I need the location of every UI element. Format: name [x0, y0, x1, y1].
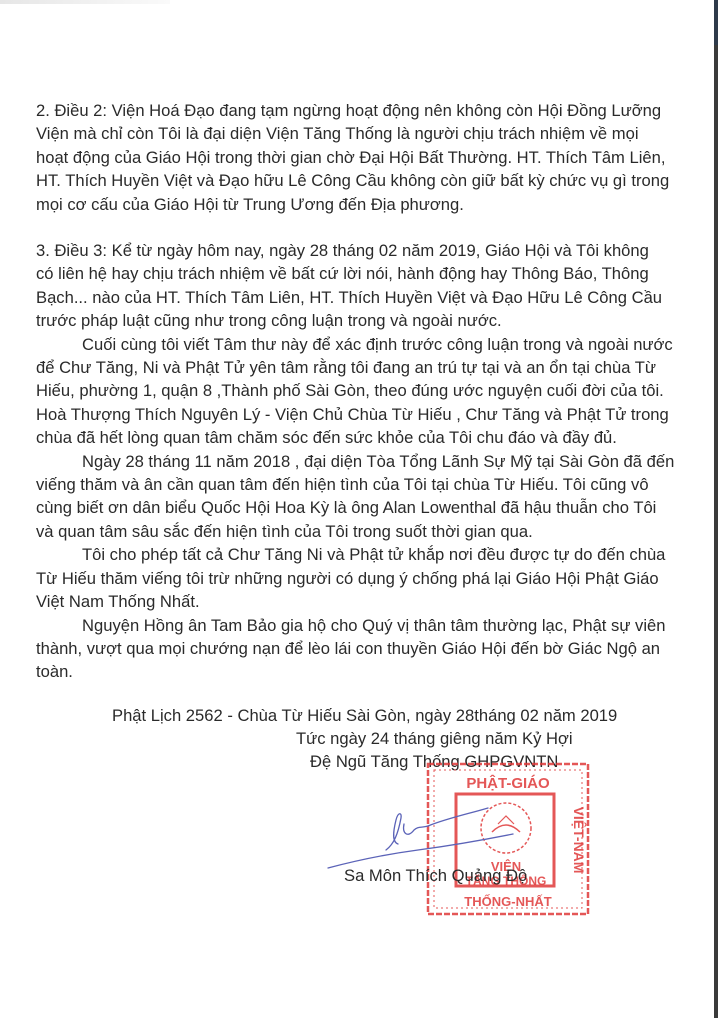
body-paragraph-2-line: cùng biết ơn dân biểu Quốc Hội Hoa Kỳ là… — [36, 496, 676, 519]
body-paragraph-2-line: Ngày 28 tháng 11 năm 2018 , đại diện Tòa… — [36, 450, 676, 473]
body-paragraph-3-line: Tôi cho phép tất cả Chư Tăng Ni và Phật … — [36, 543, 676, 566]
official-seal-stamp: PHẬT-GIÁO VIỆN TĂNG THỐNG THỐNG-NHẤT VIỆ… — [424, 758, 594, 920]
svg-text:PHẬT-GIÁO: PHẬT-GIÁO — [466, 774, 550, 792]
handwritten-signature — [318, 800, 518, 870]
svg-text:THỐNG-NHẤT: THỐNG-NHẤT — [464, 894, 551, 909]
closing-title: Đệ Ngũ Tăng Thống GHPGVNTN — [310, 752, 558, 772]
body-paragraph-2-line: viếng thăm và ân cần quan tâm đến hiện t… — [36, 473, 676, 496]
article-3-line: có liên hệ hay chịu trách nhiệm về bất c… — [36, 262, 676, 285]
closing-lunar-date: Tức ngày 24 tháng giêng năm Kỷ Hợi — [296, 729, 573, 749]
body-paragraph-2-line: và quan tâm sâu sắc đến hiện tình của Tô… — [36, 520, 676, 543]
svg-text:VIỆT-NAM: VIỆT-NAM — [571, 807, 588, 874]
body-paragraph-3-line: Từ Hiếu thăm viếng tôi trừ những người c… — [36, 567, 676, 590]
article-3-line: Bạch... nào của HT. Thích Tâm Liên, HT. … — [36, 286, 676, 309]
article-2-line: hoạt động của Giáo Hội trong thời gian c… — [36, 146, 676, 169]
body-paragraph-1-line: Cuối cùng tôi viết Tâm thư này để xác đị… — [36, 333, 676, 356]
body-paragraph-4-line: toàn. — [36, 660, 676, 683]
article-3-line: trước pháp luật cũng như trong công luận… — [36, 309, 676, 332]
body-paragraph-1-line: chùa đã hết lòng quan tâm chăm sóc đến s… — [36, 426, 676, 449]
article-2-line: mọi cơ cấu của Giáo Hội từ Trung Ương đế… — [36, 193, 676, 216]
article-2-line: 2. Điều 2: Viện Hoá Đạo đang tạm ngừng h… — [36, 99, 676, 122]
scan-page-edge — [714, 0, 718, 1018]
body-paragraph-3-line: Việt Nam Thống Nhất. — [36, 590, 676, 613]
article-2-line: Viện mà chỉ còn Tôi là đại diện Viện Tăn… — [36, 122, 676, 145]
scan-edge-shade — [0, 0, 170, 4]
body-paragraph-1-line: Hiếu, phường 1, quận 8 ,Thành phố Sài Gò… — [36, 379, 676, 402]
body-paragraph-4-line: thành, vượt qua mọi chướng nạn để lèo lá… — [36, 637, 676, 660]
signatory-name: Sa Môn Thích Quảng Độ — [344, 866, 527, 886]
article-2: 2. Điều 2: Viện Hoá Đạo đang tạm ngừng h… — [36, 99, 676, 216]
article-3-line: 3. Điều 3: Kể từ ngày hôm nay, ngày 28 t… — [36, 239, 676, 262]
closing-date-line: Phật Lịch 2562 - Chùa Từ Hiếu Sài Gòn, n… — [112, 706, 617, 726]
body-paragraph-1-line: Hoà Thượng Thích Nguyên Lý - Viện Chủ Ch… — [36, 403, 676, 426]
body-paragraph-1-line: để Chư Tăng, Ni và Phật Tử yên tâm rằng … — [36, 356, 676, 379]
article-3-and-body: 3. Điều 3: Kể từ ngày hôm nay, ngày 28 t… — [36, 239, 676, 684]
body-paragraph-4-line: Nguyện Hồng ân Tam Bảo gia hộ cho Quý vị… — [36, 614, 676, 637]
article-2-line: HT. Thích Huyền Việt và Đạo hữu Lê Công … — [36, 169, 676, 192]
